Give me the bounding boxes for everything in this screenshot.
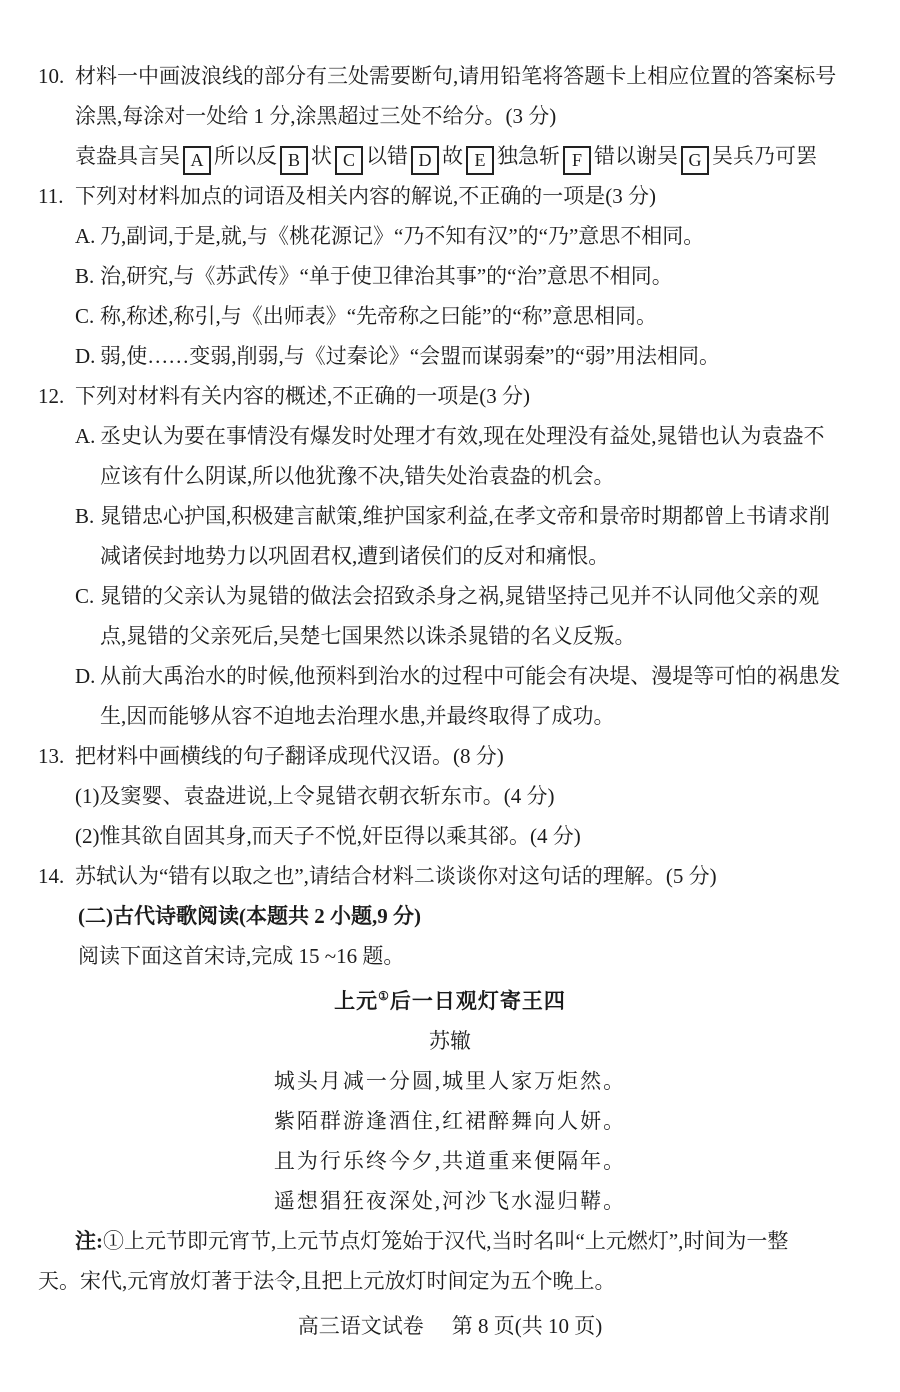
q13-sub2: (2)惟其欲自固其身,而天子不悦,奸臣得以乘其郤。(4 分) [38, 816, 862, 856]
poem-note-line1: 注:①上元节即元宵节,上元节点灯笼始于汉代,当时名叫“上元燃灯”,时间为一整 [38, 1221, 862, 1261]
q12-option-d-line1: 从前大禹治水的时候,他预料到治水的过程中可能会有决堤、漫堤等可怕的祸患发 [100, 664, 840, 688]
q12-option-c-line1: 晁错的父亲认为晁错的做法会招致杀身之祸,晁错坚持己见并不认同他父亲的观 [100, 584, 819, 608]
q11-option-b-label: B. [75, 256, 100, 296]
poem-line-1: 城头月减一分圆,城里人家万炬然。 [38, 1061, 862, 1101]
q13-stem: 13.把材料中画横线的句子翻译成现代汉语。(8 分) [38, 736, 862, 776]
q11-option-c[interactable]: C.称,称述,称引,与《出师表》“先帝称之曰能”的“称”意思相同。 [38, 296, 862, 336]
note-text-line1: ①上元节即元宵节,上元节点灯笼始于汉代,当时名叫“上元燃灯”,时间为一整 [103, 1229, 788, 1253]
poem-line-2: 紫陌群游逢酒住,红裙醉舞向人妍。 [38, 1101, 862, 1141]
poem-title-post: 后一日观灯寄王四 [390, 989, 566, 1013]
seg-box-c[interactable]: C [335, 146, 363, 175]
q11-option-c-text: 称,称述,称引,与《出师表》“先帝称之曰能”的“称”意思相同。 [100, 304, 657, 328]
q11-option-b-text: 治,研究,与《苏武传》“单于使卫律治其事”的“治”意思不相同。 [100, 264, 673, 288]
q13-sub1: (1)及窦婴、袁盎进说,上令晁错衣朝衣斩东市。(4 分) [38, 776, 862, 816]
q12-option-b-line2: 减诸侯封地势力以巩固君权,遭到诸侯们的反对和痛恨。 [38, 536, 862, 576]
poem-note-line2: 天。宋代,元宵放灯著于法令,且把上元放灯时间定为五个晚上。 [38, 1261, 862, 1301]
seg-text-4: 以错 [366, 144, 408, 168]
exam-content: 10.材料一中画波浪线的部分有三处需要断句,请用铅笔将答题卡上相应位置的答案标号… [38, 56, 862, 1301]
seg-text-8: 吴兵乃可罢 [712, 144, 817, 168]
q10-number: 10. [38, 56, 75, 96]
footer-page-number: 第 8 页(共 10 页) [452, 1314, 603, 1338]
seg-text-2: 所以反 [214, 144, 277, 168]
poem-title-pre: 上元 [334, 989, 378, 1013]
section2-heading: (二)古代诗歌阅读(本题共 2 小题,9 分) [38, 896, 862, 936]
seg-text-6: 独急斩 [497, 144, 560, 168]
q11-stem: 11.下列对材料加点的词语及相关内容的解说,不正确的一项是(3 分) [38, 176, 862, 216]
q11-option-d-text: 弱,使……变弱,削弱,与《过秦论》“会盟而谋弱秦”的“弱”用法相同。 [100, 344, 720, 368]
seg-text-5: 故 [442, 144, 463, 168]
q12-option-c-line2: 点,晁错的父亲死后,吴楚七国果然以诛杀晁错的名义反叛。 [38, 616, 862, 656]
q14-stem-text: 苏轼认为“错有以取之也”,请结合材料二谈谈你对这句话的理解。(5 分) [75, 864, 717, 888]
poem-line-3: 且为行乐终今夕,共道重来便隔年。 [38, 1141, 862, 1181]
q11-option-c-label: C. [75, 296, 100, 336]
q11-stem-text: 下列对材料加点的词语及相关内容的解说,不正确的一项是(3 分) [75, 184, 656, 208]
poem-title-footnote-mark: ① [378, 989, 390, 1003]
q13-stem-text: 把材料中画横线的句子翻译成现代汉语。(8 分) [75, 744, 504, 768]
seg-text-7: 错以谢吴 [594, 144, 678, 168]
q12-option-a-label: A. [75, 416, 100, 456]
poem-line-4: 遥想猖狂夜深处,河沙飞水湿归鞯。 [38, 1181, 862, 1221]
seg-box-e[interactable]: E [466, 146, 494, 175]
q10-stem-text1: 材料一中画波浪线的部分有三处需要断句,请用铅笔将答题卡上相应位置的答案标号 [75, 64, 836, 88]
q12-stem-text: 下列对材料有关内容的概述,不正确的一项是(3 分) [75, 384, 530, 408]
q11-option-a[interactable]: A.乃,副词,于是,就,与《桃花源记》“乃不知有汉”的“乃”意思不相同。 [38, 216, 862, 256]
q13-number: 13. [38, 736, 75, 776]
q11-option-d-label: D. [75, 336, 100, 376]
q12-option-a[interactable]: A.丞史认为要在事情没有爆发时处理才有效,现在处理没有益处,晁错也认为袁盎不 [38, 416, 862, 456]
q12-option-c[interactable]: C.晁错的父亲认为晁错的做法会招致杀身之祸,晁错坚持己见并不认同他父亲的观 [38, 576, 862, 616]
section2-intro: 阅读下面这首宋诗,完成 15 ~16 题。 [38, 936, 862, 976]
q12-option-a-line1: 丞史认为要在事情没有爆发时处理才有效,现在处理没有益处,晁错也认为袁盎不 [100, 424, 825, 448]
q12-option-d-label: D. [75, 656, 100, 696]
q10-stem-line1: 10.材料一中画波浪线的部分有三处需要断句,请用铅笔将答题卡上相应位置的答案标号 [38, 56, 862, 96]
note-prefix: 注: [75, 1229, 103, 1253]
seg-box-g[interactable]: G [681, 146, 709, 175]
q11-option-d[interactable]: D.弱,使……变弱,削弱,与《过秦论》“会盟而谋弱秦”的“弱”用法相同。 [38, 336, 862, 376]
q12-option-b-label: B. [75, 496, 100, 536]
seg-box-f[interactable]: F [563, 146, 591, 175]
q10-sentence-segmentation-line: 袁盎具言吴A所以反B状C以错D故E独急斩F错以谢吴G吴兵乃可罢 [38, 136, 862, 176]
q11-option-a-label: A. [75, 216, 100, 256]
q11-option-b[interactable]: B.治,研究,与《苏武传》“单于使卫律治其事”的“治”意思不相同。 [38, 256, 862, 296]
seg-box-b[interactable]: B [280, 146, 308, 175]
q14-stem: 14.苏轼认为“错有以取之也”,请结合材料二谈谈你对这句话的理解。(5 分) [38, 856, 862, 896]
q12-option-d-line2: 生,因而能够从容不迫地去治理水患,并最终取得了成功。 [38, 696, 862, 736]
q12-option-b-line1: 晁错忠心护国,积极建言献策,维护国家利益,在孝文帝和景帝时期都曾上书请求削 [100, 504, 830, 528]
page-footer: 高三语文试卷第 8 页(共 10 页) [0, 1310, 900, 1340]
exam-page: 10.材料一中画波浪线的部分有三处需要断句,请用铅笔将答题卡上相应位置的答案标号… [0, 0, 900, 1392]
q14-number: 14. [38, 856, 75, 896]
poem-author: 苏辙 [38, 1021, 862, 1061]
q12-option-b[interactable]: B.晁错忠心护国,积极建言献策,维护国家利益,在孝文帝和景帝时期都曾上书请求削 [38, 496, 862, 536]
footer-paper-title: 高三语文试卷 [298, 1314, 424, 1338]
seg-text-3: 状 [311, 144, 332, 168]
q11-number: 11. [38, 176, 75, 216]
q11-option-a-text: 乃,副词,于是,就,与《桃花源记》“乃不知有汉”的“乃”意思不相同。 [100, 224, 704, 248]
q12-option-a-line2: 应该有什么阴谋,所以他犹豫不决,错失处治袁盎的机会。 [38, 456, 862, 496]
seg-text-1: 袁盎具言吴 [75, 144, 180, 168]
q12-option-c-label: C. [75, 576, 100, 616]
q10-stem-line2: 涂黑,每涂对一处给 1 分,涂黑超过三处不给分。(3 分) [38, 96, 862, 136]
seg-box-d[interactable]: D [411, 146, 439, 175]
q12-option-d[interactable]: D.从前大禹治水的时候,他预料到治水的过程中可能会有决堤、漫堤等可怕的祸患发 [38, 656, 862, 696]
seg-box-a[interactable]: A [183, 146, 211, 175]
q12-number: 12. [38, 376, 75, 416]
q12-stem: 12.下列对材料有关内容的概述,不正确的一项是(3 分) [38, 376, 862, 416]
poem-title: 上元①后一日观灯寄王四 [38, 976, 862, 1021]
